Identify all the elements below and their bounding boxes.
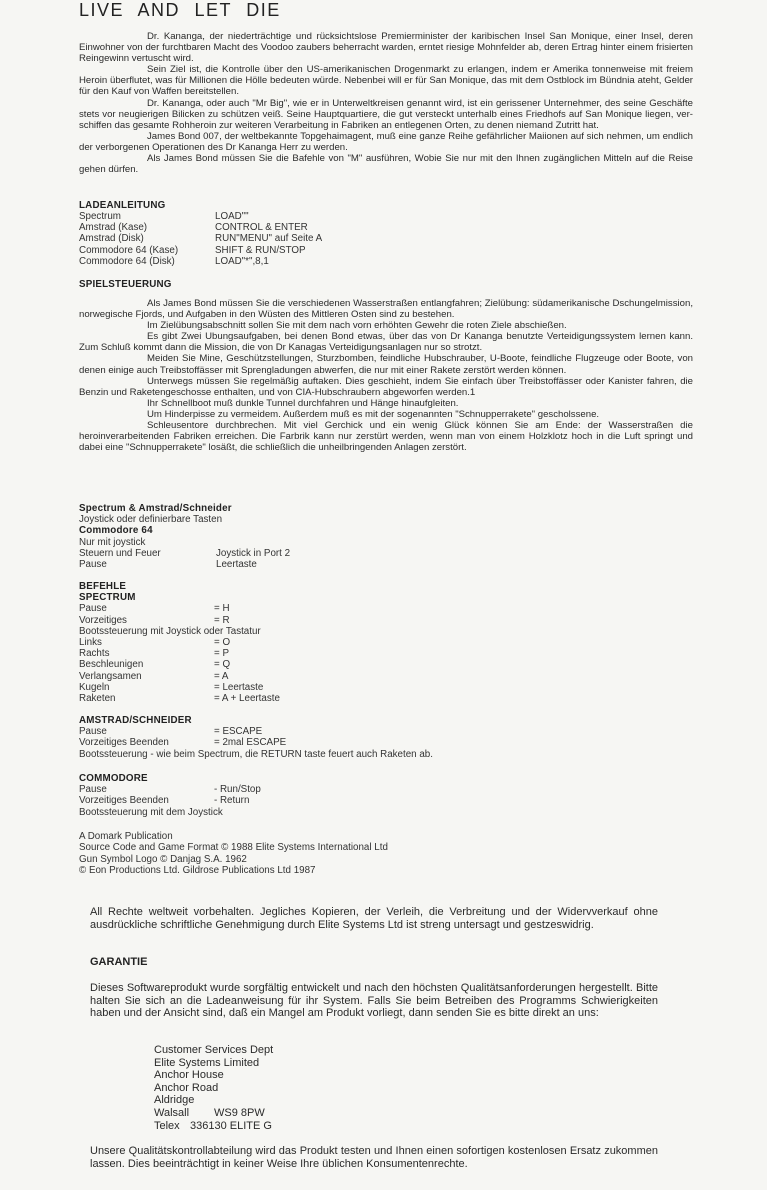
address-city-row: WalsallWS9 8PW xyxy=(154,1107,273,1120)
controls-section: Spectrum & Amstrad/Schneider Joystick od… xyxy=(79,503,290,570)
command-key: = O xyxy=(214,637,230,648)
credits: A Domark Publication Source Code and Gam… xyxy=(79,831,388,877)
command-action: Pause xyxy=(79,784,214,795)
address-line: Aldridge xyxy=(154,1094,273,1107)
command-action: Vorzeitiges Beenden xyxy=(79,795,214,806)
credit-line: Gun Symbol Logo © Danjag S.A. 1962 xyxy=(79,854,388,865)
command-action: Rachts xyxy=(79,648,214,659)
loading-row: Commodore 64 (Disk)LOAD"*",8,1 xyxy=(79,256,322,267)
load-command: RUN"MENU" auf Seite A xyxy=(215,233,322,244)
intro-paragraph: Als James Bond müssen Sie die Bafehle vo… xyxy=(79,153,693,175)
spectrum-heading: SPECTRUM xyxy=(79,592,280,603)
command-key: = A + Leertaste xyxy=(214,693,280,704)
intro-paragraph: Dr. Kananga, der niederträchtige und rüc… xyxy=(79,31,693,64)
address-block: Customer Services Dept Elite Systems Lim… xyxy=(154,1044,273,1132)
gameplay-paragraph: Es gibt Zwei Ubungsaufgaben, bei denen B… xyxy=(79,331,693,353)
loading-row: SpectrumLOAD"" xyxy=(79,211,322,222)
command-key: = 2mal ESCAPE xyxy=(214,737,286,748)
control-key: Joystick in Port 2 xyxy=(216,548,290,559)
address-telex-row: Telex336130 ELITE G xyxy=(154,1120,273,1133)
intro-paragraph: Sein Ziel ist, die Kontrolle über den US… xyxy=(79,64,693,97)
command-action: Kugeln xyxy=(79,682,214,693)
command-key: = H xyxy=(214,603,230,614)
c64-heading: Commodore 64 xyxy=(79,525,290,536)
control-row: Steuern und FeuerJoystick in Port 2 xyxy=(79,548,290,559)
command-row: Beschleunigen= Q xyxy=(79,659,280,670)
address-line: Elite Systems Limited xyxy=(154,1057,273,1070)
credit-line: © Eon Productions Ltd. Gildrose Publicat… xyxy=(79,865,388,876)
amstrad-heading: AMSTRAD/SCHNEIDER xyxy=(79,715,433,726)
credit-line: A Domark Publication xyxy=(79,831,388,842)
command-row: Vorzeitiges Beenden= 2mal ESCAPE xyxy=(79,737,433,748)
commands-commodore-section: COMMODORE Pause- Run/Stop Vorzeitiges Be… xyxy=(79,773,261,818)
manual-page: LIVE AND LET DIE Dr. Kananga, der nieder… xyxy=(0,0,767,1190)
load-command: LOAD"" xyxy=(215,211,249,222)
command-row: Links= O xyxy=(79,637,280,648)
system-label: Commodore 64 (Disk) xyxy=(79,256,215,267)
command-action: Beschleunigen xyxy=(79,659,214,670)
loading-section: LADEANLEITUNG SpectrumLOAD"" Amstrad (Ka… xyxy=(79,200,322,267)
command-row: Rachts= P xyxy=(79,648,280,659)
address-city: Walsall xyxy=(154,1107,214,1120)
gameplay-paragraph: Schleusentore durchbrechen. Mit viel Ger… xyxy=(79,420,693,453)
intro-paragraph: Dr. Kananga, oder auch "Mr Big", wie er … xyxy=(79,98,693,131)
warranty-text: Dieses Softwareprodukt wurde sorgfältig … xyxy=(90,982,658,1020)
spectrum-note: Bootssteuerung mit Joystick oder Tastatu… xyxy=(79,626,280,637)
command-key: = Leertaste xyxy=(214,682,263,693)
address-line: Customer Services Dept xyxy=(154,1044,273,1057)
command-action: Vorzeitiges xyxy=(79,615,214,626)
command-row: Pause= H xyxy=(79,603,280,614)
command-action: Pause xyxy=(79,603,214,614)
telex-number: 336130 ELITE G xyxy=(190,1120,272,1133)
command-key: - Run/Stop xyxy=(214,784,261,795)
intro-paragraph: James Bond 007, der weltbekannte Topgeha… xyxy=(79,131,693,153)
system-label: Amstrad (Kase) xyxy=(79,222,215,233)
gameplay-paragraph: Um Hinderpisse zu vermeidem. Außerdem mu… xyxy=(79,409,693,420)
command-row: Kugeln= Leertaste xyxy=(79,682,280,693)
gameplay-paragraph: Ihr Schnellboot muß dunkle Tunnel durchf… xyxy=(79,398,693,409)
gameplay-paragraph: Als James Bond müssen Sie die verschiede… xyxy=(79,298,693,320)
command-row: Pause= ESCAPE xyxy=(79,726,433,737)
spectrum-amstrad-text: Joystick oder definierbare Tasten xyxy=(79,514,290,525)
address-line: Anchor Road xyxy=(154,1082,273,1095)
credit-line: Source Code and Game Format © 1988 Elite… xyxy=(79,842,388,853)
commands-spectrum-section: BEFEHLE SPECTRUM Pause= H Vorzeitiges= R… xyxy=(79,581,280,704)
command-key: = Q xyxy=(214,659,230,670)
command-action: Pause xyxy=(79,726,214,737)
command-action: Vorzeitiges Beenden xyxy=(79,737,214,748)
c64-text: Nur mit joystick xyxy=(79,537,290,548)
intro-text: Dr. Kananga, der niederträchtige und rüc… xyxy=(79,31,693,175)
gameplay-paragraph: Im Zielübungsabschnitt sollen Sie mit de… xyxy=(79,320,693,331)
loading-row: Amstrad (Kase)CONTROL & ENTER xyxy=(79,222,322,233)
command-action: Raketen xyxy=(79,693,214,704)
command-action: Verlangsamen xyxy=(79,671,214,682)
control-action: Pause xyxy=(79,559,216,570)
commodore-heading: COMMODORE xyxy=(79,773,261,784)
amstrad-note: Bootssteuerung - wie beim Spectrum, die … xyxy=(79,749,433,760)
load-command: SHIFT & RUN/STOP xyxy=(215,245,306,256)
loading-row: Amstrad (Disk)RUN"MENU" auf Seite A xyxy=(79,233,322,244)
commodore-note: Bootssteuerung mit dem Joystick xyxy=(79,807,261,818)
address-line: Anchor House xyxy=(154,1069,273,1082)
load-command: CONTROL & ENTER xyxy=(215,222,308,233)
command-key: = P xyxy=(214,648,229,659)
command-row: Pause- Run/Stop xyxy=(79,784,261,795)
closing-text: Unsere Qualitätskontrollabteilung wird d… xyxy=(90,1145,658,1170)
telex-label: Telex xyxy=(154,1120,190,1133)
spectrum-amstrad-heading: Spectrum & Amstrad/Schneider xyxy=(79,503,290,514)
loading-row: Commodore 64 (Kase)SHIFT & RUN/STOP xyxy=(79,245,322,256)
control-action: Steuern und Feuer xyxy=(79,548,216,559)
control-key: Leertaste xyxy=(216,559,257,570)
system-label: Spectrum xyxy=(79,211,215,222)
rights-notice: All Rechte weltweit vorbehalten. Jeglich… xyxy=(90,906,658,931)
system-label: Amstrad (Disk) xyxy=(79,233,215,244)
address-postcode: WS9 8PW xyxy=(214,1107,265,1120)
command-row: Vorzeitiges Beenden- Return xyxy=(79,795,261,806)
command-action: Links xyxy=(79,637,214,648)
gameplay-paragraph: Unterwegs müssen Sie regelmäßig auftaken… xyxy=(79,376,693,398)
gameplay-paragraph: Meiden Sie Mine, Geschützstellungen, Stu… xyxy=(79,353,693,375)
command-key: = R xyxy=(214,615,230,626)
loading-heading: LADEANLEITUNG xyxy=(79,200,322,211)
control-row: PauseLeertaste xyxy=(79,559,290,570)
command-key: = A xyxy=(214,671,228,682)
command-row: Raketen= A + Leertaste xyxy=(79,693,280,704)
command-row: Vorzeitiges= R xyxy=(79,615,280,626)
system-label: Commodore 64 (Kase) xyxy=(79,245,215,256)
gameplay-heading: SPIELSTEUERUNG xyxy=(79,279,172,290)
warranty-heading: GARANTIE xyxy=(90,956,147,968)
gameplay-text: Als James Bond müssen Sie die verschiede… xyxy=(79,298,693,453)
command-key: = ESCAPE xyxy=(214,726,262,737)
commands-heading: BEFEHLE xyxy=(79,581,280,592)
commands-amstrad-section: AMSTRAD/SCHNEIDER Pause= ESCAPE Vorzeiti… xyxy=(79,715,433,760)
command-row: Verlangsamen= A xyxy=(79,671,280,682)
load-command: LOAD"*",8,1 xyxy=(215,256,269,267)
command-key: - Return xyxy=(214,795,249,806)
page-title: LIVE AND LET DIE xyxy=(79,0,281,21)
